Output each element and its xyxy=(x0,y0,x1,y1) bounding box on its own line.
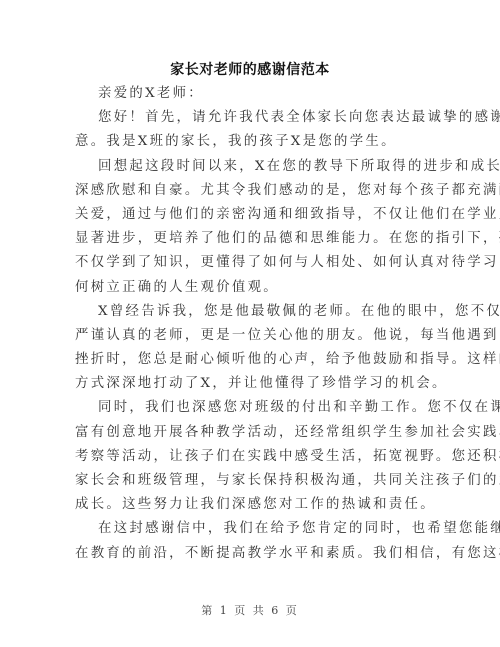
text-line: 同时，我们也深感您对班级的付出和辛勤工作。您不仅在课堂上 xyxy=(75,396,427,420)
text-line: 方式深深地打动了X，并让他懂得了珍惜学习的机会。 xyxy=(75,372,427,396)
text-line: 关爱，通过与他们的亲密沟通和细致指导，不仅让他们在学业上有了 xyxy=(75,203,427,227)
text-line: 家长会和班级管理，与家长保持积极沟通，共同关注孩子们的发展和 xyxy=(75,469,427,493)
text-line: 回想起这段时间以来，X在您的教导下所取得的进步和成长，我们 xyxy=(75,155,427,179)
text-line: 在教育的前沿，不断提高教学水平和素质。我们相信，有您这样一位 xyxy=(75,542,427,566)
text-line: 深感欣慰和自豪。尤其令我们感动的是，您对每个孩子都充满耐心和 xyxy=(75,179,427,203)
text-line: 在这封感谢信中，我们在给予您肯定的同时，也希望您能继续走 xyxy=(75,517,427,541)
text-line: 亲爱的X老师： xyxy=(75,82,427,106)
text-line: 考察等活动，让孩子们在实践中感受生活，拓宽视野。您还积极参与 xyxy=(75,445,427,469)
text-line: 您好！首先，请允许我代表全体家长向您表达最诚挚的感谢和敬 xyxy=(75,106,427,130)
text-line: 富有创意地开展各种教学活动，还经常组织学生参加社会实践、校外 xyxy=(75,421,427,445)
page-footer: 第 1 页 共 6 页 xyxy=(0,602,500,618)
text-line: 何树立正确的人生观价值观。 xyxy=(75,276,427,300)
text-line: 显著进步，更培养了他们的品德和思维能力。在您的指引下，孩子们 xyxy=(75,227,427,251)
text-line: 意。我是X班的家长，我的孩子X是您的学生。 xyxy=(75,130,427,154)
text-line: X曾经告诉我，您是他最敬佩的老师。在他的眼中，您不仅是一位 xyxy=(75,300,427,324)
text-line: 严谨认真的老师，更是一位关心他的朋友。他说，每当他遇到困难和 xyxy=(75,324,427,348)
text-line: 不仅学到了知识，更懂得了如何与人相处、如何认真对待学习以及如 xyxy=(75,251,427,275)
document-title: 家长对老师的感谢信范本 xyxy=(0,60,500,80)
text-line: 成长。这些努力让我们深感您对工作的热诚和责任。 xyxy=(75,493,427,517)
document-page: 家长对老师的感谢信范本 亲爱的X老师：您好！首先，请允许我代表全体家长向您表达最… xyxy=(0,0,500,647)
text-line: 挫折时，您总是耐心倾听他的心声，给予他鼓励和指导。这样的教学 xyxy=(75,348,427,372)
document-body: 亲爱的X老师：您好！首先，请允许我代表全体家长向您表达最诚挚的感谢和敬意。我是X… xyxy=(75,82,427,566)
